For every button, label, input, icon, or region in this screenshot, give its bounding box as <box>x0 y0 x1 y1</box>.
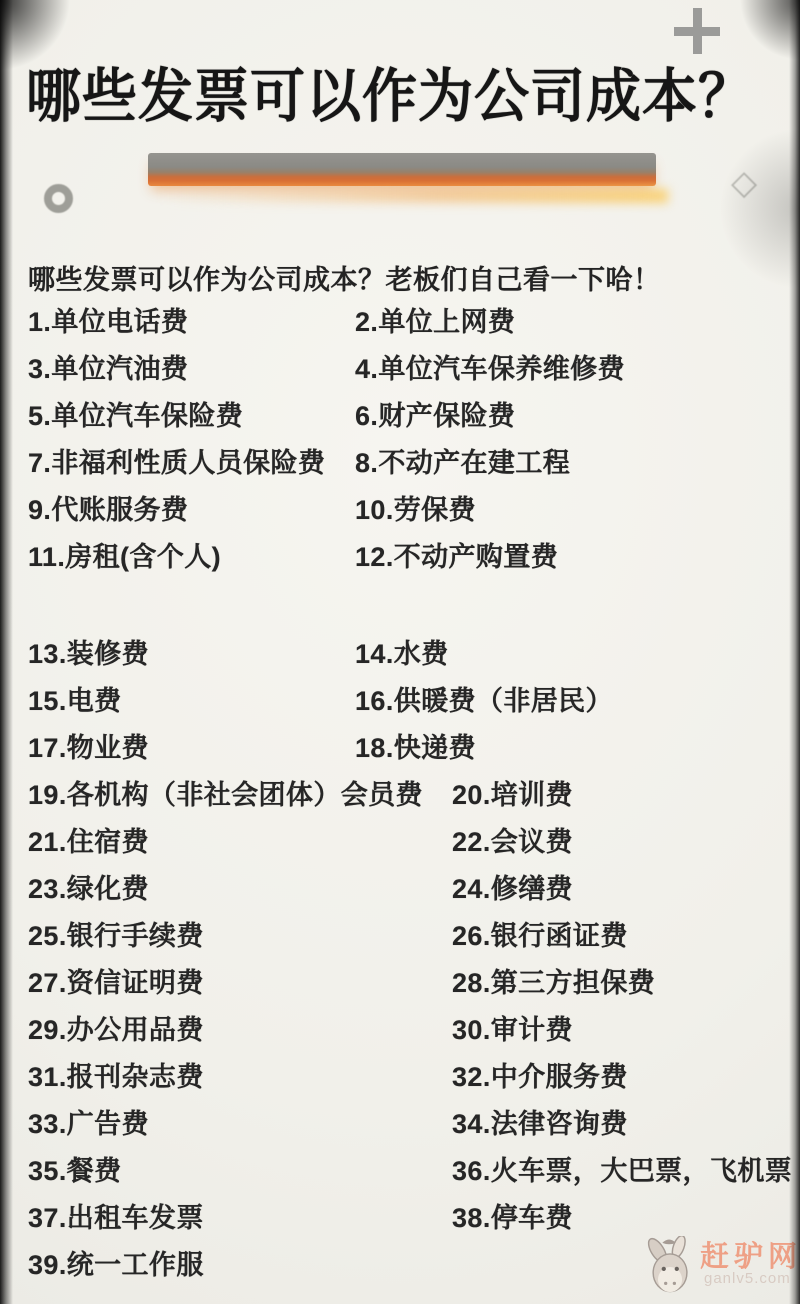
page-title: 哪些发票可以作为公司成本？ <box>26 50 754 133</box>
intro-line: 哪些发票可以作为公司成本？老板们自己看一下哈！ <box>28 258 661 297</box>
list-item: 14.水费 <box>355 632 449 671</box>
list-item: 8.不动产在建工程 <box>355 441 570 480</box>
gear-icon <box>44 184 73 213</box>
plus-icon <box>674 8 720 54</box>
section-gap <box>28 578 788 628</box>
list-item: 13.装修费 <box>28 632 355 671</box>
list-row: 15.电费16.供暖费（非居民） <box>28 675 788 722</box>
list-item: 24.修缮费 <box>452 867 573 906</box>
list-item: 39.统一工作服 <box>28 1243 452 1282</box>
list-item: 2.单位上网费 <box>355 300 515 339</box>
list-row: 33.广告费34.法律咨询费 <box>28 1098 788 1145</box>
list-row: 5.单位汽车保险费6.财产保险费 <box>28 390 788 437</box>
infographic-page: 哪些发票可以作为公司成本？ ◇ 哪些发票可以作为公司成本？老板们自己看一下哈！ … <box>0 0 800 1304</box>
list-item: 28.第三方担保费 <box>452 961 655 1000</box>
invoice-list: 1.单位电话费2.单位上网费3.单位汽油费4.单位汽车保养维修费5.单位汽车保险… <box>28 296 788 1286</box>
site-watermark: 赶驴网 ganlv5.com <box>644 1230 800 1300</box>
list-item: 18.快递费 <box>355 726 476 765</box>
list-item: 17.物业费 <box>28 726 355 765</box>
list-row: 17.物业费18.快递费 <box>28 722 788 769</box>
list-item: 1.单位电话费 <box>28 300 355 339</box>
list-item: 9.代账服务费 <box>28 488 355 527</box>
list-row: 35.餐费36.火车票，大巴票，飞机票 <box>28 1145 788 1192</box>
list-item: 22.会议费 <box>452 820 573 859</box>
list-row: 25.银行手续费26.银行函证费 <box>28 910 788 957</box>
list-item: 19.各机构（非社会团体）会员费 <box>28 773 452 812</box>
list-item: 3.单位汽油费 <box>28 347 355 386</box>
list-row: 27.资信证明费28.第三方担保费 <box>28 957 788 1004</box>
list-item: 38.停车费 <box>452 1196 573 1235</box>
list-item: 35.餐费 <box>28 1149 452 1188</box>
list-item: 36.火车票，大巴票，飞机票 <box>452 1149 792 1188</box>
list-item: 7.非福利性质人员保险费 <box>28 441 355 480</box>
list-row: 31.报刊杂志费32.中介服务费 <box>28 1051 788 1098</box>
list-item: 30.审计费 <box>452 1008 573 1047</box>
list-item: 27.资信证明费 <box>28 961 452 1000</box>
list-item: 37.出租车发票 <box>28 1196 452 1235</box>
watermark-site-name: 赶驴网 <box>700 1234 800 1275</box>
list-row: 23.绿化费24.修缮费 <box>28 863 788 910</box>
list-item: 25.银行手续费 <box>28 914 452 953</box>
list-row: 1.单位电话费2.单位上网费 <box>28 296 788 343</box>
list-item: 5.单位汽车保险费 <box>28 394 355 433</box>
list-item: 34.法律咨询费 <box>452 1102 628 1141</box>
list-item: 6.财产保险费 <box>355 394 515 433</box>
list-section-2: 13.装修费14.水费15.电费16.供暖费（非居民）17.物业费18.快递费 <box>28 628 788 769</box>
list-item: 10.劳保费 <box>355 488 476 527</box>
list-section-1: 1.单位电话费2.单位上网费3.单位汽油费4.单位汽车保养维修费5.单位汽车保险… <box>28 296 788 578</box>
list-item: 16.供暖费（非居民） <box>355 679 613 718</box>
list-row: 21.住宿费22.会议费 <box>28 816 788 863</box>
list-item: 15.电费 <box>28 679 355 718</box>
list-item: 11.房租(含个人) <box>28 535 355 574</box>
list-item: 23.绿化费 <box>28 867 452 906</box>
watermark-site-url: ganlv5.com <box>704 1270 791 1287</box>
list-row: 13.装修费14.水费 <box>28 628 788 675</box>
list-item: 20.培训费 <box>452 773 573 812</box>
list-row: 29.办公用品费30.审计费 <box>28 1004 788 1051</box>
list-item: 33.广告费 <box>28 1102 452 1141</box>
list-item: 21.住宿费 <box>28 820 452 859</box>
list-item: 12.不动产购置费 <box>355 535 558 574</box>
list-row: 19.各机构（非社会团体）会员费20.培训费 <box>28 769 788 816</box>
list-row: 7.非福利性质人员保险费8.不动产在建工程 <box>28 437 788 484</box>
list-section-3: 19.各机构（非社会团体）会员费20.培训费21.住宿费22.会议费23.绿化费… <box>28 769 788 1239</box>
list-row: 11.房租(含个人)12.不动产购置费 <box>28 531 788 578</box>
list-item: 26.银行函证费 <box>452 914 628 953</box>
list-item: 29.办公用品费 <box>28 1008 452 1047</box>
list-item: 4.单位汽车保养维修费 <box>355 347 625 386</box>
donkey-logo-icon <box>644 1236 698 1296</box>
gradient-divider <box>148 153 656 186</box>
list-item: 31.报刊杂志费 <box>28 1055 452 1094</box>
list-item: 32.中介服务费 <box>452 1055 628 1094</box>
list-row: 3.单位汽油费4.单位汽车保养维修费 <box>28 343 788 390</box>
diamond-icon: ◇ <box>731 166 757 200</box>
list-row: 9.代账服务费10.劳保费 <box>28 484 788 531</box>
